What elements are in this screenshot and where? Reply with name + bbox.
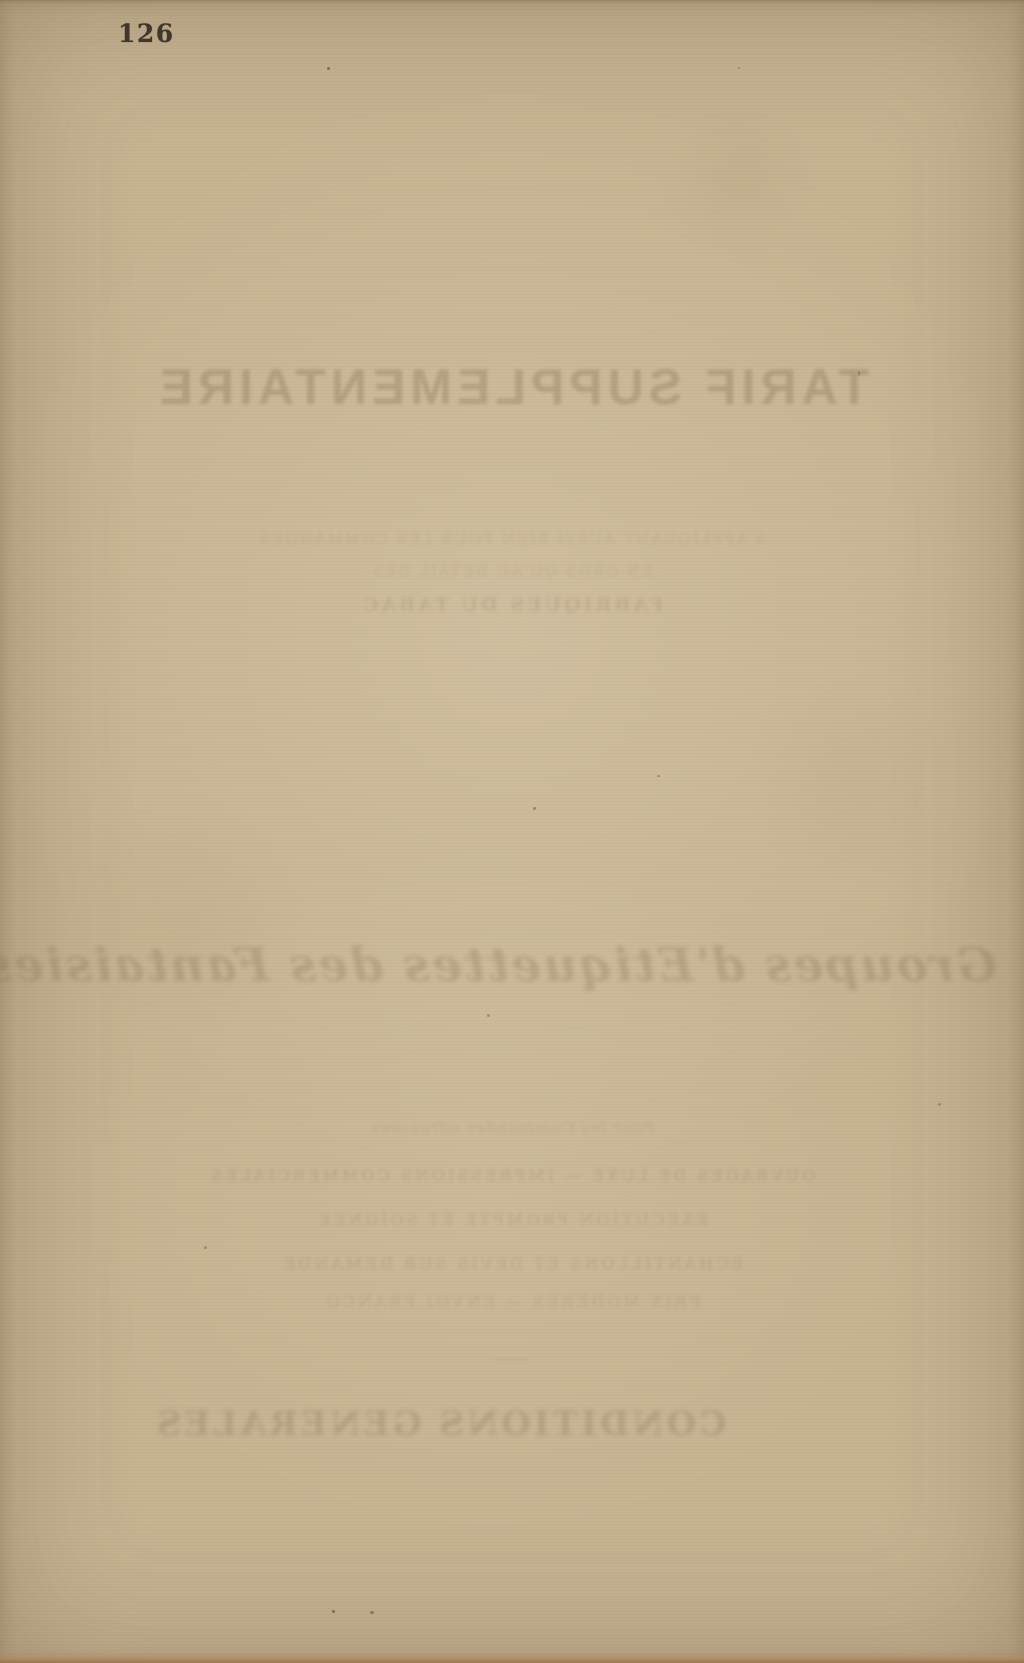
bleedthrough-subtitle-line-3: FABRIQUES DU TABAC [0,594,1024,616]
paper-speck [738,67,740,69]
paper-speck [204,1246,207,1249]
bleedthrough-main-title: TARIF SUPPLEMENTAIRE [0,358,1024,416]
bleedthrough-subtitle-line-2: EN GROS QU'AU DETAIL DES [0,562,1024,580]
paper-speck [327,67,330,70]
bleedthrough-subtitle-line-1: S'APPLIQUANT AUSSI BIEN POUR LES COMMAND… [0,530,1024,548]
bleedthrough-small-italic-line: Pour les Commandes adressees [0,1118,1024,1137]
bleedthrough-caps-line-3: ECHANTILLONS ET DEVIS SUR DEMANDE [0,1254,1024,1273]
bleedthrough-caps-line-4: PRIX MODERES — ENVOI FRANCO [0,1292,1024,1311]
paper-speck [332,1610,335,1613]
scanned-book-page: 126 TARIF SUPPLEMENTAIRE S'APPLIQUANT AU… [0,0,1024,1663]
bleedthrough-divider-rule: —— [0,1348,1024,1369]
bleedthrough-caps-line-2: EXECUTION PROMPTE ET SOIGNEE [0,1210,1024,1229]
bleedthrough-caps-line-1: OUVRAGES DE LUXE — IMPRESSIONS COMMERCIA… [0,1166,1024,1185]
bleedthrough-script-heading: Groupes d'Etiquettes des Fantaisies [0,938,1002,993]
paper-speck [533,807,536,810]
paper-speck [938,1103,941,1106]
paper-speck [858,371,860,376]
paper-speck [487,1014,490,1017]
page-bottom-edge-shadow [0,1652,1024,1663]
paper-speck [657,775,660,777]
bleedthrough-bottom-title: CONDITIONS GENERALES [0,1404,952,1444]
page-top-edge-shadow [0,0,1024,4]
paper-speck [370,1611,374,1614]
page-number: 126 [118,19,175,48]
